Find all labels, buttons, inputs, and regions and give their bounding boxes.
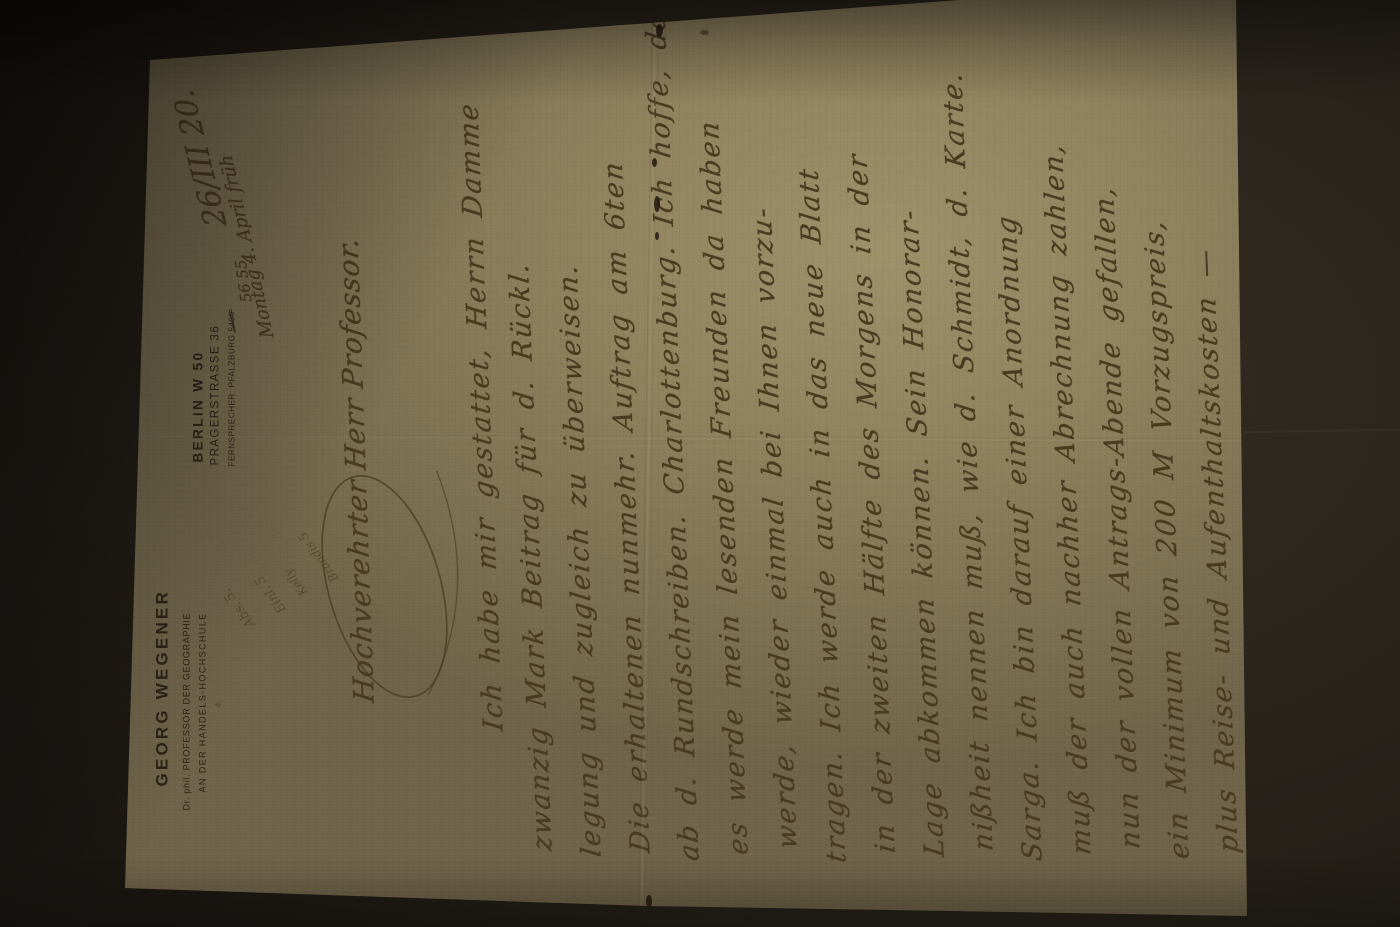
background-crease [1243,429,1400,434]
body-line: in der zweiten Hälfte des Morgens in der [842,151,901,854]
ink-smudge [654,196,660,212]
flourish-stroke [297,459,477,709]
body-line: ein Minimum von 200 M Vorzugspreis, [1139,217,1196,860]
phone-label: FERNSPRECHER: PFALZBURG [228,332,237,467]
letter-paper: GEORG WEGENER Dr. phil. PROFESSOR DER GE… [0,0,1400,927]
body-line: nißheit nennen muß, wie d. Schmidt, d. K… [937,69,999,852]
body-line: legung und zugleich zu überweisen. [553,262,608,859]
body-line: tragen. Ich werde auch in das neue Blatt [793,166,852,865]
ink-smudge [700,30,709,35]
body-line: Lage abkommen können. Sein Honorar- [893,207,950,859]
pencil-registry-number: 4048b [201,523,238,565]
appointment-note: Montag 4. April früh [215,154,278,339]
address-phone: FERNSPRECHER: PFALZBURG 5400 [228,311,237,466]
body-line: zwanzig Mark Beitrag für d. Rückl. [504,260,559,852]
body-line: Sarga. Ich bin darauf einer Anordnung [991,213,1048,862]
ink-smudge [656,24,663,37]
letterhead-name: GEORG WEGENER [153,589,173,786]
body-line: muß der auch nachher Abrechnung zahlen, [1038,141,1098,856]
photo-frame: GEORG WEGENER Dr. phil. PROFESSOR DER GE… [0,0,1400,927]
phone-old-number: 5400 [228,311,237,331]
body-line: plus Reise- und Aufenthaltskosten — [1189,246,1244,854]
scribble-note-1: Abs. 5. [220,585,259,630]
letter-content: GEORG WEGENER Dr. phil. PROFESSOR DER GE… [137,2,1245,915]
body-line: werde, wieder einmal bei Ihnen vorzu- [747,204,804,850]
address-street: PRAGERSTRASSE 36 [210,325,222,466]
body-line: es werde mein lesenden Freunden da haben [694,118,755,856]
pencil-fraction-2: III/III [267,525,295,557]
ink-smudge [655,232,659,240]
ink-smudge [652,158,657,167]
body-line: nun der vollen Antrags-Abende gefallen, [1089,184,1147,851]
letterhead-school: AN DER HANDELS-HOCHSCHULE [198,612,208,792]
letterhead-mark: 4. [214,700,224,708]
ink-smudge [646,895,652,907]
address-city: BERLIN W 50 [191,351,206,463]
letterhead-title: Dr. phil. PROFESSOR DER GEOGRAPHIE [182,613,192,811]
